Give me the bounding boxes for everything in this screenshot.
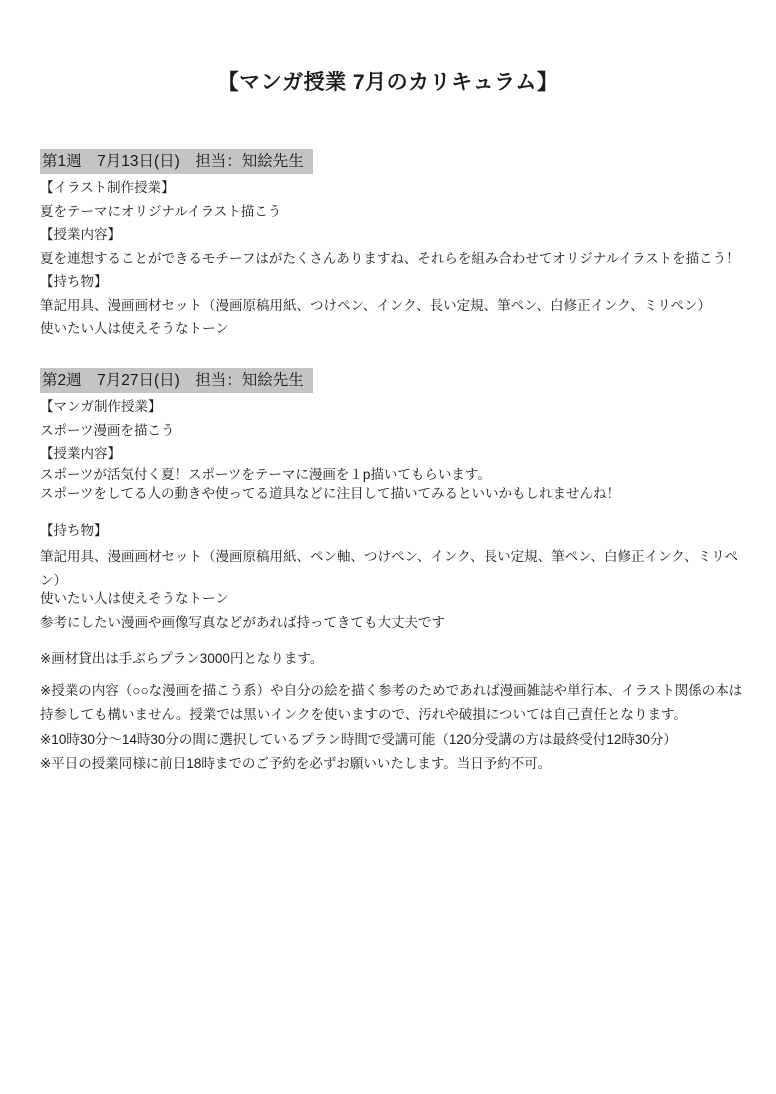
week2-content-label: 【授業内容】 <box>40 444 121 463</box>
note-time-slots: ※10時30分～14時30分の間に選択しているプラン時間で受講可能（120分受講… <box>40 730 677 749</box>
section-header-week2: 第2週 7月27日(日) 担当：知絵先生 <box>40 368 313 393</box>
document-page: { "document": { "title": "【マンガ授業 7月のカリキュ… <box>0 0 776 1094</box>
week1-content-text: 夏を連想することができるモチーフはがたくさんありますね、それらを組み合わせてオリ… <box>40 249 740 268</box>
week1-items-text: 筆記用具、漫画画材セット（漫画原稿用紙、つけペン、インク、長い定規、筆ペン、白修… <box>40 296 711 315</box>
note-reservation: ※平日の授業同様に前日18時までのご予約を必ずお願いいたします。当日予約不可。 <box>40 754 551 773</box>
note-reference-books: ※授業の内容（○○な漫画を描こう系）や自分の絵を描く参考のためであれば漫画雑誌や… <box>40 679 750 727</box>
note-rental-price: ※画材貸出は手ぶらプラン3000円となります。 <box>40 649 323 668</box>
section-header-week1: 第1週 7月13日(日) 担当：知絵先生 <box>40 149 313 174</box>
week2-items-note-1: 使いたい人は使えそうなトーン <box>40 589 229 608</box>
week2-items-label: 【持ち物】 <box>40 521 108 540</box>
week1-content-label: 【授業内容】 <box>40 225 121 244</box>
page-title: 【マンガ授業 7月のカリキュラム】 <box>0 66 776 96</box>
week2-items-text: 筆記用具、漫画画材セット（漫画原稿用紙、ペン軸、つけペン、インク、長い定規、筆ペ… <box>40 545 750 593</box>
week2-items-note-2: 参考にしたい漫画や画像写真などがあれば持ってきても大丈夫です <box>40 613 445 632</box>
week2-class-type-label: 【マンガ制作授業】 <box>40 397 162 416</box>
week1-class-theme: 夏をテーマにオリジナルイラスト描こう <box>40 202 281 221</box>
week2-content-text-1: スポーツが活気付く夏！スポーツをテーマに漫画を１p描いてもらいます。 <box>40 465 491 484</box>
week1-items-note: 使いたい人は使えそうなトーン <box>40 319 229 338</box>
week2-content-text-2: スポーツをしてる人の動きや使ってる道具などに注目して描いてみるといいかもしれませ… <box>40 484 620 503</box>
week1-class-type-label: 【イラスト制作授業】 <box>40 178 175 197</box>
week1-items-label: 【持ち物】 <box>40 272 108 291</box>
week2-class-theme: スポーツ漫画を描こう <box>40 421 174 440</box>
